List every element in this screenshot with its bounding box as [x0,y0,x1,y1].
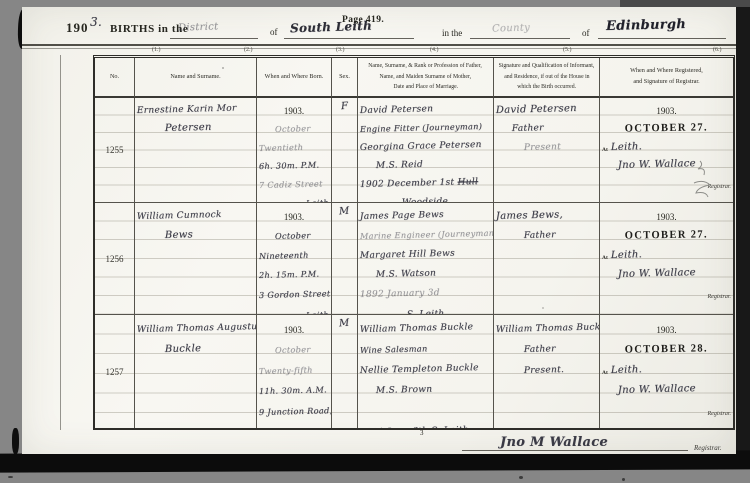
entry-number: 1255 [95,98,135,203]
header-born-label: When and Where Born. [265,72,324,83]
informant-presence: Present. [524,365,565,376]
registrar-signature: Jno W. Wallace [618,158,696,171]
registration-date-stamp: OCTOBER 27. [625,229,708,242]
mother-maiden-surname: M.S. Watson [376,269,436,280]
registration-cell: 1903. OCTOBER 27. AtLeith. Jno W. Wallac… [600,203,733,315]
header-sex-label: Sex. [339,72,350,83]
child-name-line2: Petersen [165,122,212,134]
informant-signature: James Bews, [496,209,563,222]
birth-time: 2h. 15m. P.M. [259,269,320,280]
father-occupation: Marine Engineer (Journeyman) [360,228,494,241]
birth-address: 7 Cadiz Street [259,178,323,190]
header-father-line2: Name, and Maiden Surname of Mother, [380,72,472,83]
child-name-line2: Bews [165,230,193,242]
birth-address: 9 Junction Road, [259,405,332,417]
pencil-mark-icon [690,157,714,213]
footer-registrar-signature: Jno M Wallace [500,431,608,450]
at-label: At [602,255,608,261]
header-no: No. [95,58,135,98]
title-district-handwritten: District [178,21,219,33]
registrar-label: Registrar. [707,411,731,417]
title-county-name-handwritten: Edinburgh [606,17,686,34]
scan-edge-right [735,0,750,462]
registration-year: 1903. [656,106,676,116]
title-of-2: of [582,28,590,38]
child-name-cell: William Cumnock Bews [135,203,257,315]
column-number-5: (5.) [563,47,572,53]
child-name-line1: William Cumnock [137,210,222,222]
birth-year: 1903. [284,325,304,335]
scan-speck [222,67,224,69]
sex-value: M [339,318,350,330]
page-number-label: Page 419. [342,15,384,25]
header-registered: When and Where Registered, and Signature… [600,58,733,98]
birth-time: 6h. 30m. P.M. [259,160,320,171]
column-number-3: (3.) [336,47,345,53]
informant-qualification: Father [524,344,556,355]
margin-rule [60,55,61,430]
father-occupation: Wine Salesman [360,344,428,356]
registration-place: Leith. [611,364,642,376]
header-informant-line3: which the Birth occurred. [517,82,576,93]
header-sex: Sex. [332,58,358,98]
birth-day: Twenty-fifth [259,364,313,375]
scan-speck [542,307,544,309]
child-name-cell: William Thomas Augustus Buckle [135,315,257,428]
scan-speck [622,478,625,481]
sex-cell: M [332,315,358,428]
marriage-struck-word: Hull [457,177,478,188]
scan-artifact [12,428,19,454]
mother-maiden-surname: M.S. Brown [376,385,433,396]
registrar-signature: Jno W. Wallace [618,383,696,396]
column-number-2: (2.) [244,47,253,53]
mother-name: Georgina Grace Petersen [360,140,482,153]
title-year-printed: 190 [66,20,89,36]
header-informant: Signature and Qualification of Informant… [494,58,600,98]
entry-number: 1257 [95,315,135,428]
informant-cell: William Thomas Buckle Father Present. [494,315,600,428]
header-registered-line2: and Signature of Registrar. [633,77,699,88]
footer-registrar-label: Registrar. [694,444,721,452]
title-county-handwritten: County [492,22,530,34]
header-no-label: No. [110,72,119,83]
sex-cell: F [332,98,358,203]
birth-time: 11h. 30m. A.M. [259,385,327,397]
column-number-6: (6.) [713,47,722,53]
birth-day: Twentieth [259,141,304,152]
informant-cell: James Bews, Father [494,203,600,315]
informant-qualification: Father [524,230,556,241]
registration-year: 1903. [656,325,676,335]
header-informant-line1: Signature and Qualification of Informant… [499,61,595,72]
child-name-line2: Buckle [165,343,202,355]
header-name: Name and Surname. [135,58,257,98]
father-name: David Petersen [360,104,434,116]
birth-month: October [275,123,311,134]
scan-speck [519,476,523,479]
child-name-cell: Ernestine Karin Mor Petersen [135,98,257,203]
birth-month: October [275,344,311,355]
sheet-number: 3 [420,429,424,437]
header-born: When and Where Born. [257,58,332,98]
registration-date-stamp: OCTOBER 28. [625,343,708,356]
sex-value: F [341,101,349,112]
father-name: William Thomas Buckle [360,322,474,335]
birth-details-cell: 1903. October Twenty-fifth 11h. 30m. A.M… [257,315,332,428]
entry-number-value: 1257 [106,367,124,377]
registration-place: Leith. [611,141,642,153]
birth-details-cell: 1903. October Twentieth 6h. 30m. P.M. 7 … [257,98,332,203]
scan-speck [8,476,13,478]
header-name-label: Name and Surname. [170,72,220,83]
header-father: Name, Surname, & Rank or Profession of F… [358,58,494,98]
informant-signature: William Thomas Buckle [496,322,600,335]
informant-cell: David Petersen Father Present [494,98,600,203]
registrar-label: Registrar. [707,294,731,300]
entry-number-value: 1256 [106,254,124,264]
marriage-date-text: 1902 December 1st [360,177,455,189]
marriage-date: 1892 January 3d [360,288,440,300]
entry-number-value: 1255 [106,145,124,155]
header-father-line3: Date and Place of Marriage. [393,82,458,93]
informant-signature: David Petersen [496,103,577,116]
informant-qualification: Father [512,123,544,134]
birth-town: Leith [306,427,329,428]
birth-details-cell: 1903. October Nineteenth 2h. 15m. P.M. 3… [257,203,332,315]
registration-date-stamp: OCTOBER 27. [625,121,708,134]
registrar-signature: Jno W. Wallace [618,267,696,280]
registration-place: Leith. [611,249,642,261]
register-page: 190 3. BIRTHS in the District of South L… [22,7,736,454]
informant-presence: Present [524,142,561,153]
registration-year: 1903. [656,212,676,222]
mother-maiden-surname: M.S. Reid [376,160,423,171]
at-label: At [602,147,608,153]
birth-month: October [275,230,311,241]
father-details-cell: James Page Bews Marine Engineer (Journey… [358,203,494,315]
birth-register-table: No. Name and Surname. When and Where Bor… [93,55,735,430]
child-name-line1: Ernestine Karin Mor [137,103,237,115]
entry-number: 1256 [95,203,135,315]
header-father-line1: Name, Surname, & Rank or Profession of F… [369,61,483,72]
marriage-date: 1902 December 1st Hull [360,177,479,190]
child-name-line1: William Thomas Augustus [137,322,257,335]
footer-signature-text: Jno M Wallace [500,435,608,450]
marriage-place: 1901 June 6th S. Leith [360,425,469,428]
title-of-1: of [270,27,278,37]
sex-cell: M [332,203,358,315]
father-name: James Page Bews [360,210,444,222]
sex-value: M [339,206,350,218]
title-year-handwritten: 3. [90,15,102,29]
column-number-1: (1.) [152,47,161,53]
birth-year: 1903. [284,106,304,116]
father-details-cell: William Thomas Buckle Wine Salesman Nell… [358,315,494,428]
title-underline-thin [22,48,736,49]
header-informant-line2: and Residence, if out of the House in [504,72,589,83]
scan-edge-top [620,0,750,7]
father-details-cell: David Petersen Engine Fitter (Journeyman… [358,98,494,203]
father-occupation: Engine Fitter (Journeyman) [360,121,483,134]
title-in-the: in the [442,28,462,38]
column-number-4: (4.) [430,47,439,53]
title-underline-heavy [22,44,736,46]
birth-day: Nineteenth [259,250,309,261]
mother-name: Nellie Templeton Buckle [360,363,479,376]
registration-cell: 1903. OCTOBER 28. AtLeith. Jno W. Wallac… [600,315,733,428]
at-label: At [602,370,608,376]
header-registered-line1: When and Where Registered, [630,66,703,77]
birth-year: 1903. [284,212,304,222]
birth-address: 3 Gordon Street [259,288,331,300]
mother-name: Margaret Hill Bews [360,248,455,260]
